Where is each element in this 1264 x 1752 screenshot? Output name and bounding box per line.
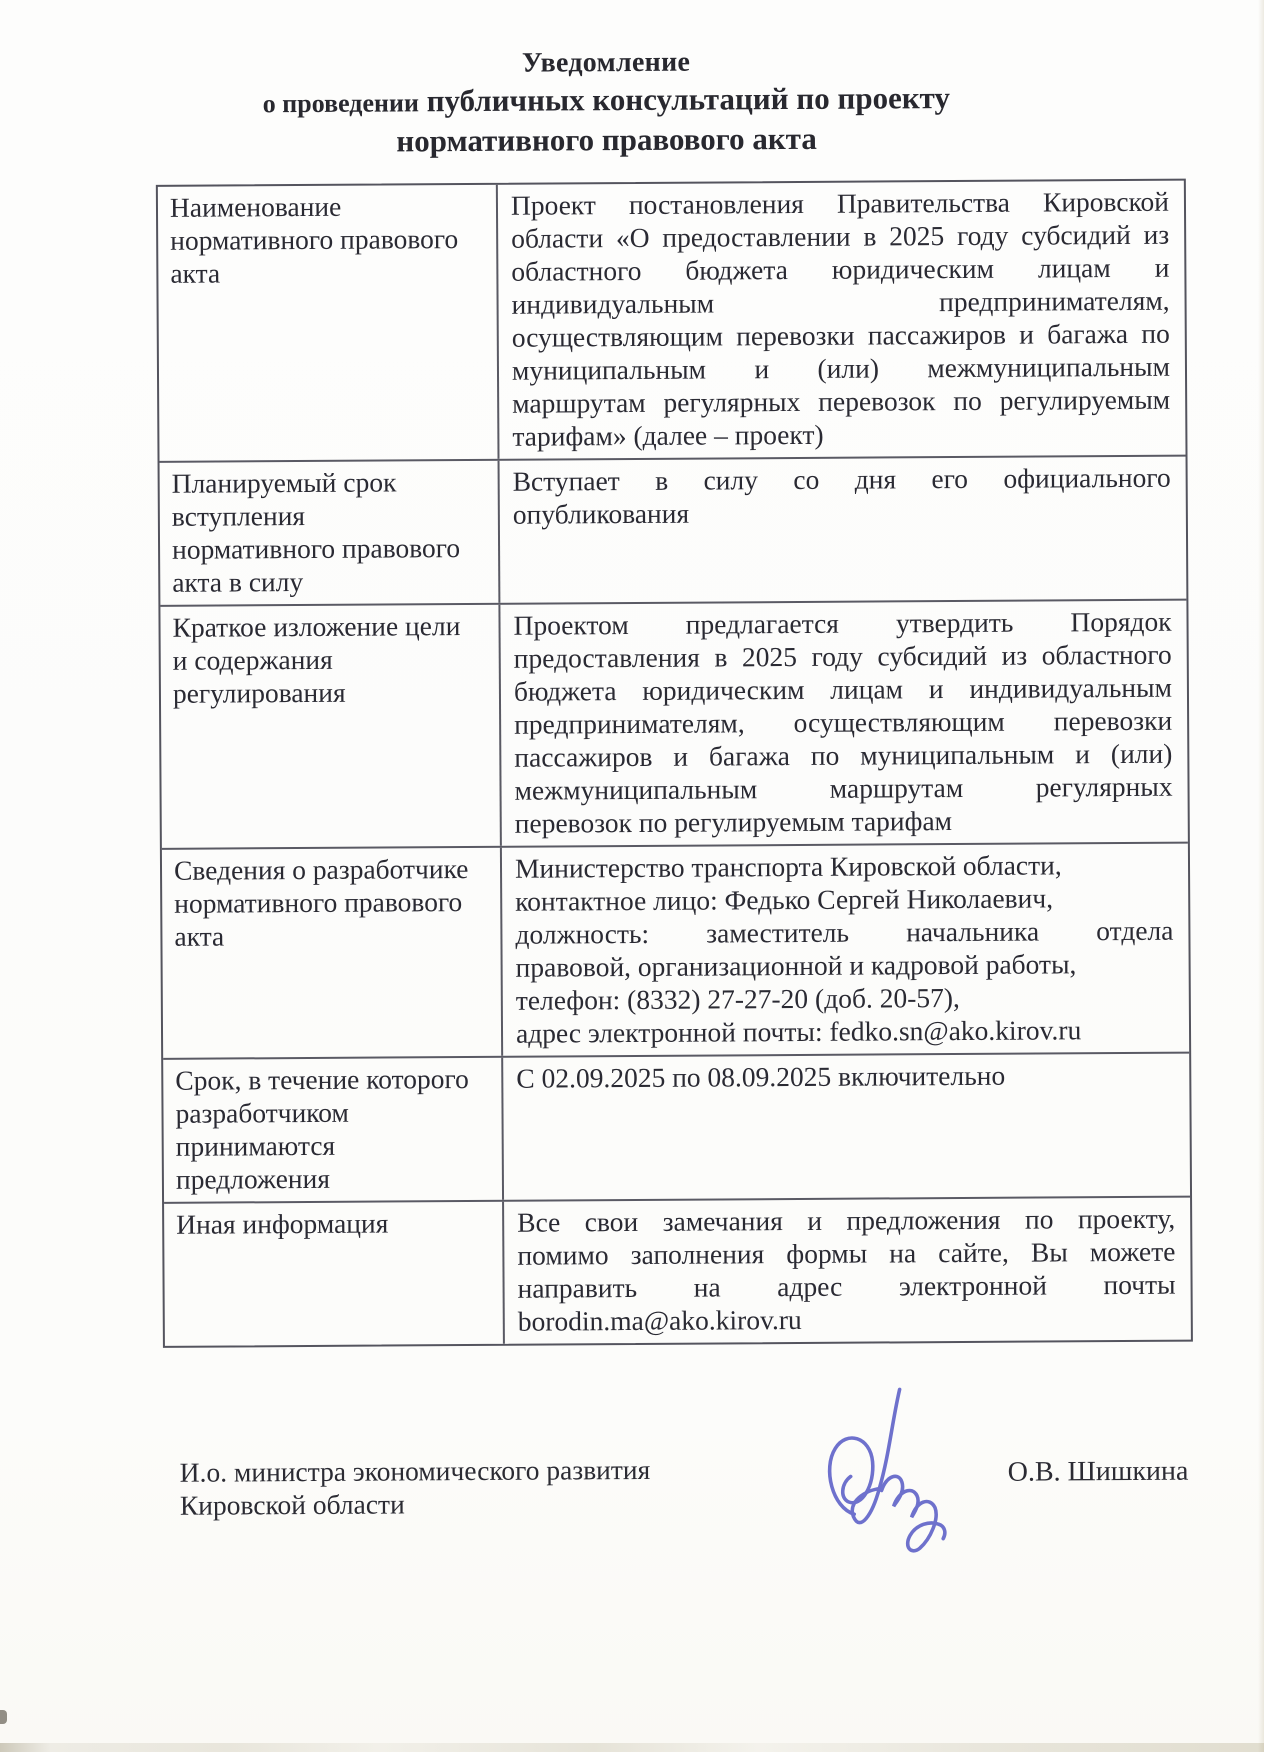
scanned-document-page: { "document": { "title": { "line1": "Уве… <box>0 0 1264 1752</box>
scan-bottom-edge <box>0 1743 1264 1752</box>
row-content-line: borodin.ma@ako.kirov.ru <box>518 1301 1176 1338</box>
row-content-line: помимо заполнения формы на сайте, Вы мож… <box>517 1235 1175 1272</box>
table-row: Наименованиенормативного правовогоактаПр… <box>158 181 1186 461</box>
signatory-position: И.о. министра экономического развития Ки… <box>180 1453 651 1522</box>
document-body: Уведомление о проведении публичных консу… <box>0 0 1264 1752</box>
row-content-line: телефон: (8332) 27-27-20 (доб. 20-57), <box>516 980 1174 1017</box>
row-content-line: индивидуальным предпринимателям, <box>511 284 1169 321</box>
row-content-line: должность: заместитель начальника отдела <box>515 914 1173 951</box>
row-label: Наименованиенормативного правовогоакта <box>158 185 500 461</box>
row-label-line: Краткое изложение цели <box>172 609 492 644</box>
signatory-name: О.В. Шишкина <box>1008 1456 1189 1489</box>
row-content-line: Министерство транспорта Кировской област… <box>515 848 1173 885</box>
row-content-line: Проектом предлагается утвердить Порядок <box>513 605 1171 642</box>
row-content-line: С 02.09.2025 по 08.09.2025 включительно <box>516 1058 1174 1095</box>
table-row: Краткое изложение целии содержаниярегули… <box>160 599 1187 848</box>
title-line-2-prefix: о проведении <box>263 88 419 118</box>
row-label: Планируемый сроквступлениянормативного п… <box>160 461 501 605</box>
row-label-line: принимаются <box>176 1128 496 1163</box>
row-label-line: регулирования <box>173 675 493 710</box>
scan-right-edge <box>1258 0 1264 1752</box>
table-row: Планируемый сроквступлениянормативного п… <box>160 455 1187 605</box>
row-label-line: и содержания <box>173 642 493 677</box>
row-content-line: направить на адрес электронной почты <box>517 1268 1175 1305</box>
title-line-2: о проведении публичных консультаций по п… <box>26 77 1186 125</box>
row-label-line: Планируемый срок <box>172 465 492 500</box>
row-content-line: муниципальным и (или) межмуниципальным <box>512 350 1170 387</box>
row-content-line: предпринимателям, осуществляющим перевоз… <box>514 704 1172 741</box>
row-content-line: тарифам» (далее – проект) <box>512 416 1170 453</box>
row-content-line: областного бюджета юридическим лицам и <box>511 251 1169 288</box>
row-content: Все свои замечания и предложения по прое… <box>504 1198 1191 1344</box>
row-content-line: осуществляющим перевозки пассажиров и ба… <box>512 317 1170 354</box>
signatory-position-line-1: И.о. министра экономического развития <box>180 1453 651 1489</box>
row-label-line: предложения <box>176 1161 496 1196</box>
row-label-line: акта <box>174 918 494 953</box>
row-label-line: акта в силу <box>172 564 492 599</box>
row-label-line: нормативного правового <box>172 531 492 566</box>
row-content: Проектом предлагается утвердить Порядокп… <box>500 601 1187 846</box>
row-content-line: Вступает в силу со дня его официального <box>513 461 1171 498</box>
row-content-line: предоставления в 2025 году субсидий из о… <box>514 638 1172 675</box>
row-content: Вступает в силу со дня его официальногоо… <box>500 457 1187 603</box>
row-label-line: акта <box>170 255 490 290</box>
document-title: Уведомление о проведении публичных консу… <box>26 43 1187 163</box>
row-label: Краткое изложение целии содержаниярегули… <box>160 605 501 848</box>
row-label-line: Иная информация <box>176 1206 496 1241</box>
table-row: Срок, в течение которогоразработчикомпри… <box>163 1052 1190 1202</box>
notification-table: Наименованиенормативного правовогоактаПр… <box>156 179 1193 1348</box>
row-label-line: Срок, в течение которого <box>175 1062 495 1097</box>
title-line-2-main: публичных консультаций по проекту <box>419 80 950 118</box>
row-label: Сведения о разработчикенормативного прав… <box>162 848 503 1058</box>
row-content: Министерство транспорта Кировской област… <box>502 844 1189 1056</box>
table-row: Иная информацияВсе свои замечания и пред… <box>164 1196 1191 1346</box>
row-content: С 02.09.2025 по 08.09.2025 включительно <box>503 1054 1190 1200</box>
row-label-line: Наименование <box>170 189 490 224</box>
row-label-line: вступления <box>172 498 492 533</box>
row-content-line: пассажиров и багажа по муниципальным и (… <box>514 737 1172 774</box>
row-content-line: контактное лицо: Федько Сергей Николаеви… <box>515 881 1173 918</box>
page-background: Уведомление о проведении публичных консу… <box>0 0 1264 1752</box>
row-label-line: нормативного правового <box>174 885 494 920</box>
signature-ink-icon <box>779 1381 1020 1582</box>
row-label: Срок, в течение которогоразработчикомпри… <box>163 1058 504 1202</box>
row-content-line: адрес электронной почты: fedko.sn@ako.ki… <box>516 1013 1174 1050</box>
table-row: Сведения о разработчикенормативного прав… <box>162 842 1189 1058</box>
row-content-line: межмуниципальным маршрутам регулярных <box>514 770 1172 807</box>
row-content: Проект постановления Правительства Киров… <box>498 181 1186 459</box>
row-label-line: разработчиком <box>175 1095 495 1130</box>
title-line-3: нормативного правового акта <box>26 118 1186 163</box>
row-content-line: Проект постановления Правительства Киров… <box>511 185 1169 222</box>
row-content-line: перевозок по регулируемым тарифам <box>515 803 1173 840</box>
row-content-line: опубликования <box>513 494 1171 531</box>
scan-corner-speck <box>0 1710 7 1724</box>
signatory-position-line-2: Кировской области <box>180 1486 651 1522</box>
row-content-line: правовой, организационной и кадровой раб… <box>516 947 1174 984</box>
row-label-line: нормативного правового <box>170 222 490 257</box>
row-label-line: Сведения о разработчике <box>174 852 494 887</box>
row-content-line: маршрутам регулярных перевозок по регули… <box>512 383 1170 420</box>
row-label: Иная информация <box>164 1202 505 1346</box>
row-content-line: области «О предоставлении в 2025 году су… <box>511 218 1169 255</box>
row-content-line: бюджета юридическим лицам и индивидуальн… <box>514 671 1172 708</box>
row-content-line: Все свои замечания и предложения по прое… <box>517 1202 1175 1239</box>
signature-block: И.о. министра экономического развития Ки… <box>179 1394 1195 1590</box>
